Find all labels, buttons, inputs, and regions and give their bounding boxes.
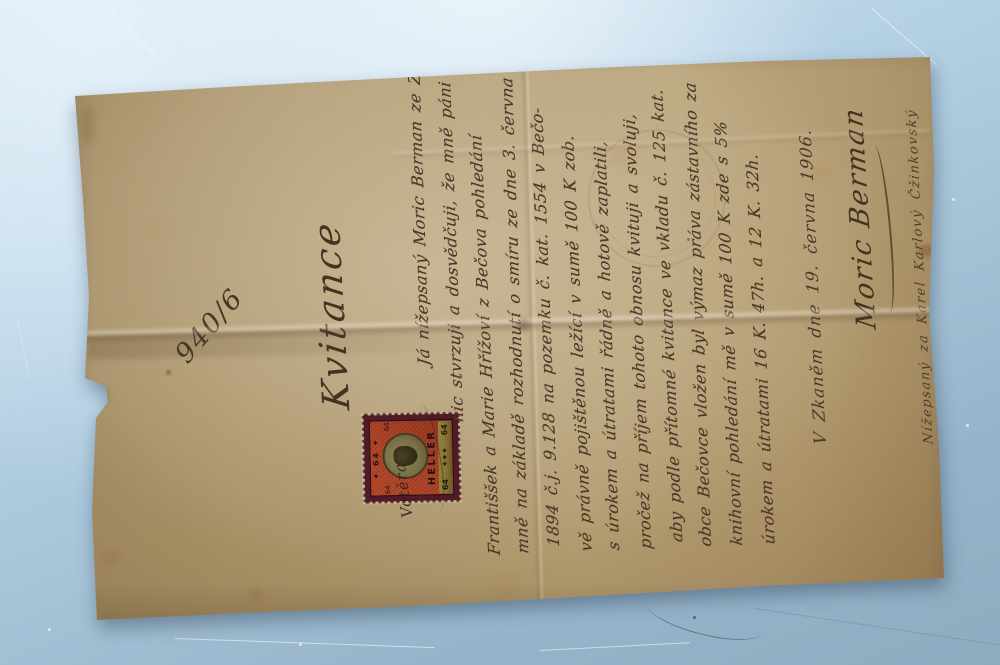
- paper-sheet: 940/6 Kvitance ✦ 64 ✦ 64 64 HELLER 64: [63, 50, 951, 628]
- stamp-value-ornament: ✦ 64 ✦: [371, 421, 382, 495]
- countersignature: Nížepsaný za Karel Karlový Čžinkovský: [904, 108, 937, 445]
- fold-intersection-knot: [515, 316, 533, 334]
- surface-scratch: [540, 642, 690, 651]
- photo-of-document: 940/6 Kvitance ✦ 64 ✦ 64 64 HELLER 64: [0, 0, 1000, 665]
- date-line: V Zkaněm dne 19. června 1906.: [796, 128, 831, 446]
- edge-tear-shadow: [89, 382, 111, 410]
- dust-speck: [299, 643, 302, 646]
- paper-surface: 940/6 Kvitance ✦ 64 ✦ 64 64 HELLER 64: [63, 50, 951, 628]
- document-title: Kvitance: [305, 218, 359, 411]
- dust-speck: [952, 198, 955, 201]
- surface-scratch: [175, 638, 435, 648]
- dust-speck: [966, 424, 969, 427]
- surface-scratch: [17, 320, 30, 379]
- dust-speck: [48, 628, 51, 631]
- stamp-side-ornament: 64: [385, 485, 392, 494]
